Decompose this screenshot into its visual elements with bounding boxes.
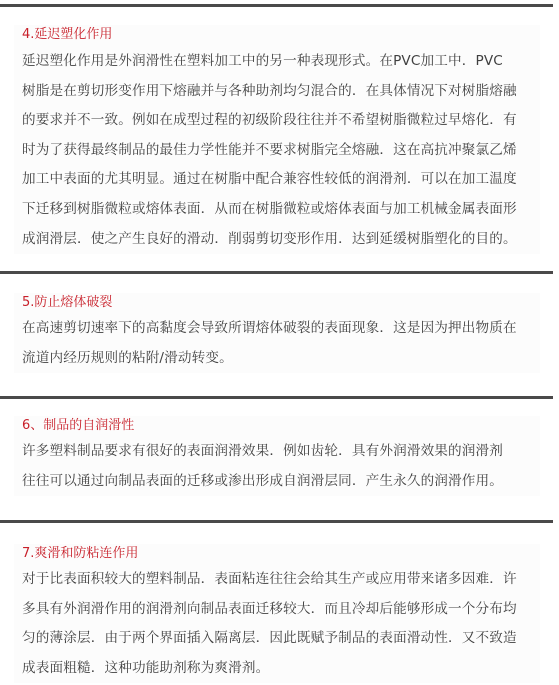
paragraph-line: 加工中表面的尤其明显。通过在树脂中配合兼容性较低的润滑剂．可以在加工温度 (22, 165, 532, 195)
section-prevent-melt-fracture: 5.防止熔体破裂 在高速剪切速率下的高黏度会导致所谓熔体破裂的表面现象．这是因为… (14, 293, 540, 373)
divider-after-section-5 (0, 396, 553, 399)
paragraph-line: 的要求并不一致。例如在成型过程的初级阶段往往并不希望树脂微粒过早熔化．有 (22, 106, 532, 136)
paragraph-line: 在高速剪切速率下的高黏度会导致所谓熔体破裂的表面现象．这是因为押出物质在 (22, 314, 532, 344)
paragraph-line: 许多塑料制品要求有很好的表面润滑效果．例如齿轮．具有外润滑效果的润滑剂 (22, 437, 532, 467)
section-slip-and-antiblocking: 7.爽滑和防粘连作用 对于比表面积较大的塑料制品．表面粘连往往会给其生产或应用带… (14, 544, 540, 683)
section-paragraph: 延迟塑化作用是外润滑性在塑料加工中的另一种表现形式。在PVC加工中．PVC 树脂… (22, 47, 532, 254)
section-delayed-plasticization: 4.延迟塑化作用 延迟塑化作用是外润滑性在塑料加工中的另一种表现形式。在PVC加… (14, 25, 540, 254)
paragraph-line: 往往可以通过向制品表面的迁移或渗出形成自润滑层同．产生永久的润滑作用。 (22, 467, 532, 497)
paragraph-line: 时为了获得最终制品的最佳力学性能并不要求树脂完全熔融．这在高抗冲聚氯乙烯 (22, 136, 532, 166)
paragraph-line: 延迟塑化作用是外润滑性在塑料加工中的另一种表现形式。在PVC加工中．PVC (22, 47, 532, 77)
paragraph-line: 对于比表面积较大的塑料制品．表面粘连往往会给其生产或应用带来诸多因难．许 (22, 565, 532, 595)
section-self-lubrication: 6、制品的自润滑性 许多塑料制品要求有很好的表面润滑效果．例如齿轮．具有外润滑效… (14, 416, 540, 496)
section-heading: 6、制品的自润滑性 (22, 416, 532, 436)
divider-after-section-6 (0, 520, 553, 523)
section-paragraph: 许多塑料制品要求有很好的表面润滑效果．例如齿轮．具有外润滑效果的润滑剂 往往可以… (22, 437, 532, 496)
divider-after-section-4 (0, 271, 553, 274)
paragraph-line: 多具有外润滑作用的润滑剂向制品表面迁移较大．而且冷却后能够形成一个分布均 (22, 595, 532, 625)
section-heading: 4.延迟塑化作用 (22, 25, 532, 45)
paragraph-line: 成润滑层．使之产生良好的滑动．削弱剪切变形作用．达到延缓树脂塑化的目的。 (22, 225, 532, 255)
section-paragraph: 对于比表面积较大的塑料制品．表面粘连往往会给其生产或应用带来诸多因难．许 多具有… (22, 565, 532, 683)
divider-top (0, 4, 553, 7)
section-heading: 5.防止熔体破裂 (22, 293, 532, 313)
paragraph-line: 匀的薄涂层．由于两个界面插入隔离层．因此既赋予制品的表面滑动性．又不致造 (22, 624, 532, 654)
paragraph-line: 树脂是在剪切形变作用下熔融并与各种助剂均匀混合的．在具体情况下对树脂熔融 (22, 77, 532, 107)
paragraph-line: 流道内经历规则的粘附/滑动转变。 (22, 344, 532, 374)
paragraph-line: 成表面粗糙．这种功能助剂称为爽滑剂。 (22, 654, 532, 684)
section-heading: 7.爽滑和防粘连作用 (22, 544, 532, 564)
paragraph-line: 下迁移到树脂微粒或熔体表面．从而在树脂微粒或熔体表面与加工机械金属表面形 (22, 195, 532, 225)
section-paragraph: 在高速剪切速率下的高黏度会导致所谓熔体破裂的表面现象．这是因为押出物质在 流道内… (22, 314, 532, 373)
